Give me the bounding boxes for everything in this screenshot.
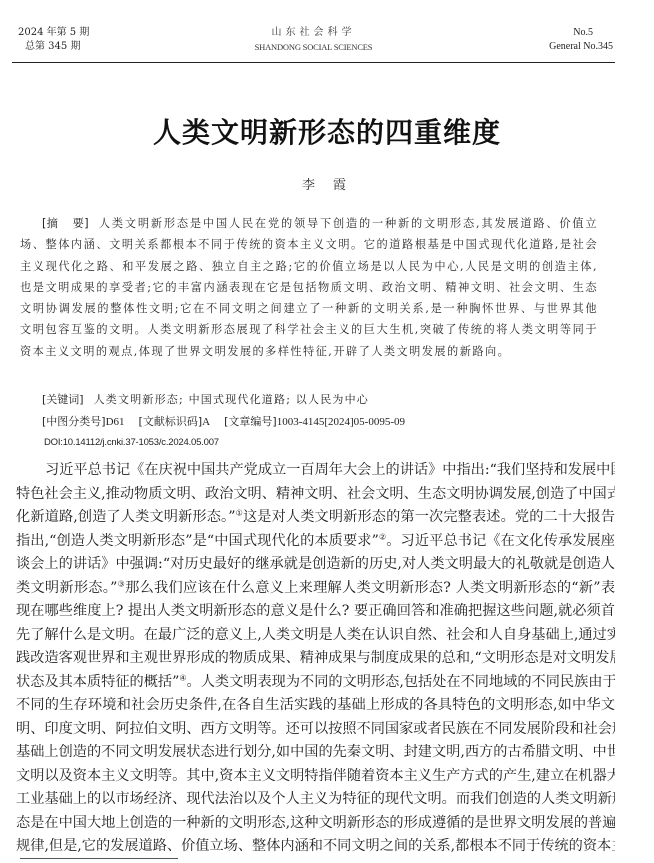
body-line: 现在哪些维度上? 提出人类文明新形态的意义是什么? 要正确回答和准确把握这些问题… — [16, 600, 615, 624]
journal-name-en: SHANDONG SOCIAL SCIENCES — [12, 40, 615, 54]
body-line: 先了解什么是文明。在最广泛的意义上,人类文明是人类在认识自然、社会和人自身基础上… — [16, 624, 615, 648]
article-author: 李霞 — [0, 174, 654, 193]
body-line: 明、印度文明、阿拉伯文明、西方文明等。还可以按照不同国家或者民族在不同发展阶段和… — [16, 718, 615, 742]
total-issue-en: General No.345 — [549, 40, 613, 54]
body-line: 态是在中国大地上创造的一种新的文明形态,这种文明新形态的形成遵循的是世界文明发展… — [16, 812, 615, 836]
body-line: 谈会上的讲话》中强调:“对历史最好的继承就是创造新的历史,对人类文明最大的礼敬就… — [16, 553, 615, 577]
footnote-mark[interactable]: ① — [236, 508, 243, 517]
doc-code-label: [文献标识码] — [139, 415, 203, 428]
keywords: [关键词]人类文明新形态; 中国式现代化道路; 以人民为中心 — [42, 391, 612, 407]
body-line: 化新道路,创造了人类文明新形态。”①这是对人类文明新形态的第一次完整表述。党的二… — [16, 506, 615, 530]
body-line: 践改造客观世界和主观世界形成的物质成果、精神成果与制度成果的总和,“文明形态是对… — [16, 647, 615, 671]
article-no-value: 1003-4145[2024]05-0095-09 — [277, 416, 405, 428]
clc-label: [中图分类号] — [42, 415, 106, 428]
journal-header: 2024 年第 5 期 总第 345 期 山东社会科学 SHANDONG SOC… — [12, 24, 615, 63]
article-title: 人类文明新形态的四重维度 — [0, 111, 654, 151]
abstract-text: 人类文明新形态是中国人民在党的领导下创造的一种新的文明形态,其发展道路、价值立场… — [20, 217, 598, 358]
body-line: 不同的生存环境和社会历史条件,在各自生活实践的基础上形成的各具特色的文明形态,如… — [16, 694, 615, 718]
footnote-divider — [20, 858, 178, 859]
body-line: 基础上创造的不同文明发展状态进行划分,如中国的先秦文明、封建文明,西方的古希腊文… — [16, 741, 615, 765]
body-line: 工业基础上的以市场经济、现代法治以及个人主义为特征的现代文明。而我们创造的人类文… — [16, 788, 615, 812]
body-line: 类文明新形态。”③那么我们应该在什么意义上来理解人类文明新形态? 人类文明新形态… — [16, 577, 615, 601]
body-line: 规律,但是,它的发展道路、价值立场、整体内涵和不同文明之间的关系,都根本不同于传… — [16, 835, 615, 859]
journal-name-cn: 山东社会科学 — [12, 26, 615, 40]
footnote-mark[interactable]: ③ — [117, 579, 125, 588]
classification-line: [中图分类号]D61[文献标识码]A[文章编号]1003-4145[2024]0… — [42, 413, 612, 429]
body-line: 特色社会主义,推动物质文明、政治文明、精神文明、社会文明、生态文明协调发展,创造… — [16, 483, 615, 507]
article-no-label: [文章编号] — [224, 415, 277, 428]
journal-name: 山东社会科学 SHANDONG SOCIAL SCIENCES — [12, 26, 615, 54]
issue-number-en: No.5 — [549, 26, 613, 40]
abstract: [摘要]人类文明新形态是中国人民在党的领导下创造的一种新的文明形态,其发展道路、… — [20, 213, 598, 362]
body-line: 文明以及资本主义文明等。其中,资本主义文明特指伴随着资本主义生产方式的产生,建立… — [16, 765, 615, 789]
keywords-label: [关键词] — [42, 393, 84, 406]
footnote-mark[interactable]: ④ — [179, 673, 186, 682]
keywords-text: 人类文明新形态; 中国式现代化道路; 以人民为中心 — [94, 393, 369, 406]
body-line: 习近平总书记《在庆祝中国共产党成立一百周年大会上的讲话》中指出:“我们坚持和发展… — [16, 459, 615, 483]
body-line: 状态及其本质特征的概括”④。人类文明表现为不同的文明形态,包括处在不同地域的不同… — [16, 671, 615, 695]
doc-code-value: A — [202, 416, 210, 428]
doi: DOI:10.14112/j.cnki.37-1053/c.2024.05.00… — [44, 437, 219, 448]
body-line: 指出,“创造人类文明新形态”是“中国式现代化的本质要求”②。习近平总书记《在文化… — [16, 530, 615, 554]
clc-value: D61 — [106, 416, 125, 428]
issue-info-en: No.5 General No.345 — [549, 26, 613, 54]
body-text: 习近平总书记《在庆祝中国共产党成立一百周年大会上的讲话》中指出:“我们坚持和发展… — [16, 459, 615, 859]
abstract-label: [摘要] — [42, 217, 89, 230]
